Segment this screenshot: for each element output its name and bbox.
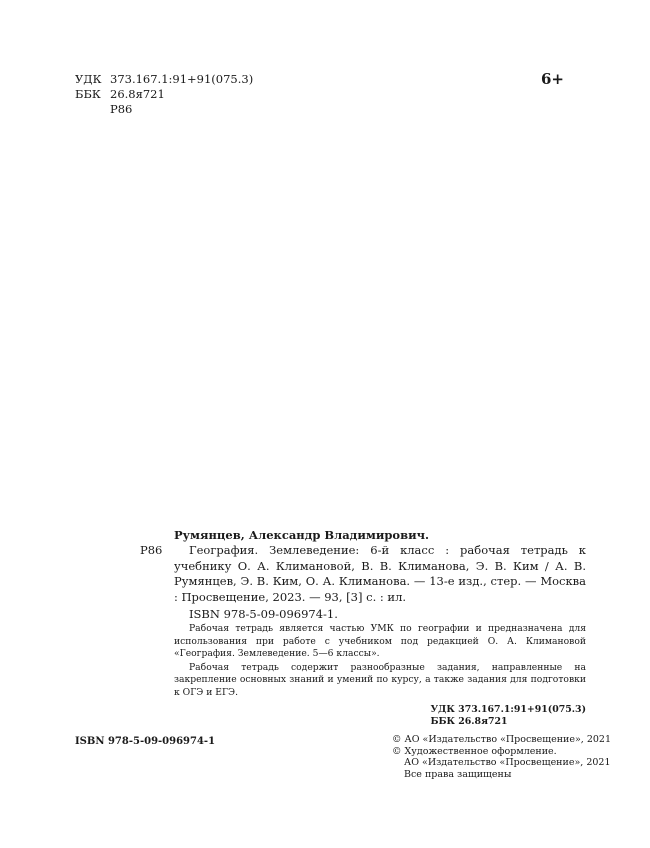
udk-label: УДК (75, 72, 110, 87)
bbk-value: 26.8я721 (110, 87, 165, 102)
udk-value: 373.167.1:91+91(075.3) (110, 72, 253, 87)
classification-codes: УДК 373.167.1:91+91(075.3) ББК 26.8я721 … (75, 72, 253, 117)
footer-isbn: ISBN 978-5-09-096974-1 (75, 736, 215, 747)
card-annotation-2: Рабочая тетрадь содержит разнообразные з… (174, 662, 586, 700)
bbk-label: ББК (75, 87, 110, 102)
card-bbk: ББК 26.8я721 (430, 716, 586, 729)
copyright-line-2: © Художественное оформление. (392, 746, 611, 758)
catalog-card: Румянцев, Александр Владимирович. Р86 Ге… (140, 528, 586, 729)
rights-reserved: Все права защищены (392, 769, 611, 781)
udk-row: УДК 373.167.1:91+91(075.3) (75, 72, 253, 87)
cutter-row: Р86 (75, 102, 253, 117)
card-cutter: Р86 (140, 543, 162, 557)
bbk-row: ББК 26.8я721 (75, 87, 253, 102)
card-author: Румянцев, Александр Владимирович. (174, 528, 586, 543)
card-description: География. Землеведение: 6-й класс : раб… (174, 543, 586, 605)
card-codes: УДК 373.167.1:91+91(075.3) ББК 26.8я721 (174, 704, 586, 729)
copyright-block: © АО «Издательство «Просвещение», 2021 ©… (392, 734, 611, 781)
card-isbn: ISBN 978-5-09-096974-1. (189, 606, 586, 622)
card-udk: УДК 373.167.1:91+91(075.3) (430, 704, 586, 717)
cutter-value: Р86 (110, 102, 132, 117)
copyright-line-1: © АО «Издательство «Просвещение», 2021 (392, 734, 611, 746)
copyright-line-3: АО «Издательство «Просвещение», 2021 (392, 757, 611, 769)
card-annotation-1: Рабочая тетрадь является частью УМК по г… (174, 623, 586, 661)
age-rating: 6+ (541, 70, 564, 88)
